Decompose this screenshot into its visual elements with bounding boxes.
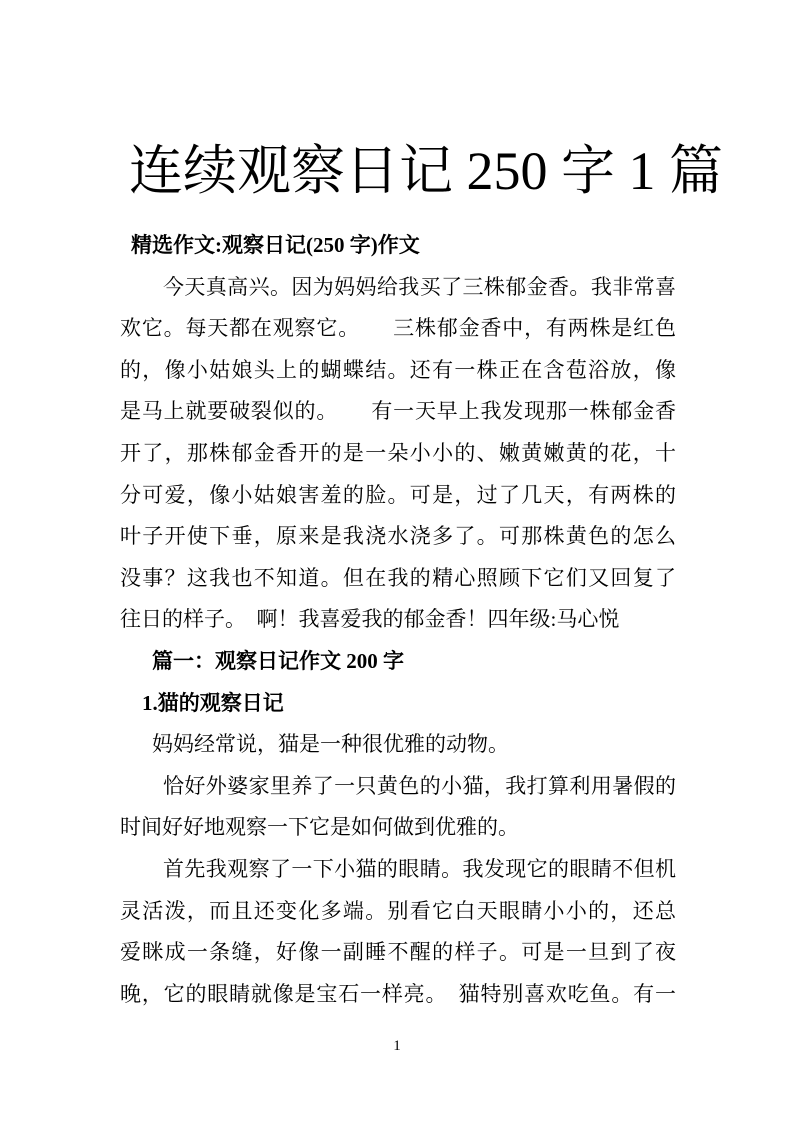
text-line: 晚，它的眼睛就像是宝石一样亮。 猫特别喜欢吃鱼。有一 xyxy=(120,974,676,1016)
text-line: 没事？这我也不知道。但在我的精心照顾下它们又回复了 xyxy=(120,558,676,600)
section-heading: 篇一：观察日记作文 200 字 xyxy=(120,641,676,683)
text-line: 妈妈经常说，猫是一种很优雅的动物。 xyxy=(120,724,676,766)
text-line: 爱眯成一条缝，好像一副睡不醒的样子。可是一旦到了夜 xyxy=(120,932,676,974)
page-number: 1 xyxy=(0,1038,794,1055)
document-page: 连续观察日记 250 字 1 篇 精选作文:观察日记(250 字)作文 今天真高… xyxy=(0,0,794,1123)
text-line: 今天真高兴。因为妈妈给我买了三株郁金香。我非常喜 xyxy=(120,267,676,309)
subheading: 精选作文:观察日记(250 字)作文 xyxy=(120,225,676,267)
text-line: 是马上就要破裂似的。 有一天早上我发现那一株郁金香 xyxy=(120,391,676,433)
text-line: 欢它。每天都在观察它。 三株郁金香中，有两株是红色 xyxy=(120,308,676,350)
text-line: 分可爱，像小姑娘害羞的脸。可是，过了几天，有两株的 xyxy=(120,475,676,517)
text-line: 时间好好地观察一下它是如何做到优雅的。 xyxy=(120,807,676,849)
document-body: 精选作文:观察日记(250 字)作文 今天真高兴。因为妈妈给我买了三株郁金香。我… xyxy=(120,225,676,1015)
text-line: 往日的样子。 啊！我喜爱我的郁金香！四年级:马心悦 xyxy=(120,599,676,641)
text-line: 的，像小姑娘头上的蝴蝶结。还有一株正在含苞浴放，像 xyxy=(120,350,676,392)
document-title: 连续观察日记 250 字 1 篇 xyxy=(129,140,729,202)
section-heading: 1.猫的观察日记 xyxy=(120,683,676,725)
text-line: 灵活泼，而且还变化多端。别看它白天眼睛小小的，还总 xyxy=(120,891,676,933)
text-line: 开了，那株郁金香开的是一朵小小的、嫩黄嫩黄的花，十 xyxy=(120,433,676,475)
text-line: 叶子开使下垂，原来是我浇水浇多了。可那株黄色的怎么 xyxy=(120,516,676,558)
text-line: 恰好外婆家里养了一只黄色的小猫，我打算利用暑假的 xyxy=(120,766,676,808)
text-line: 首先我观察了一下小猫的眼睛。我发现它的眼睛不但机 xyxy=(120,849,676,891)
